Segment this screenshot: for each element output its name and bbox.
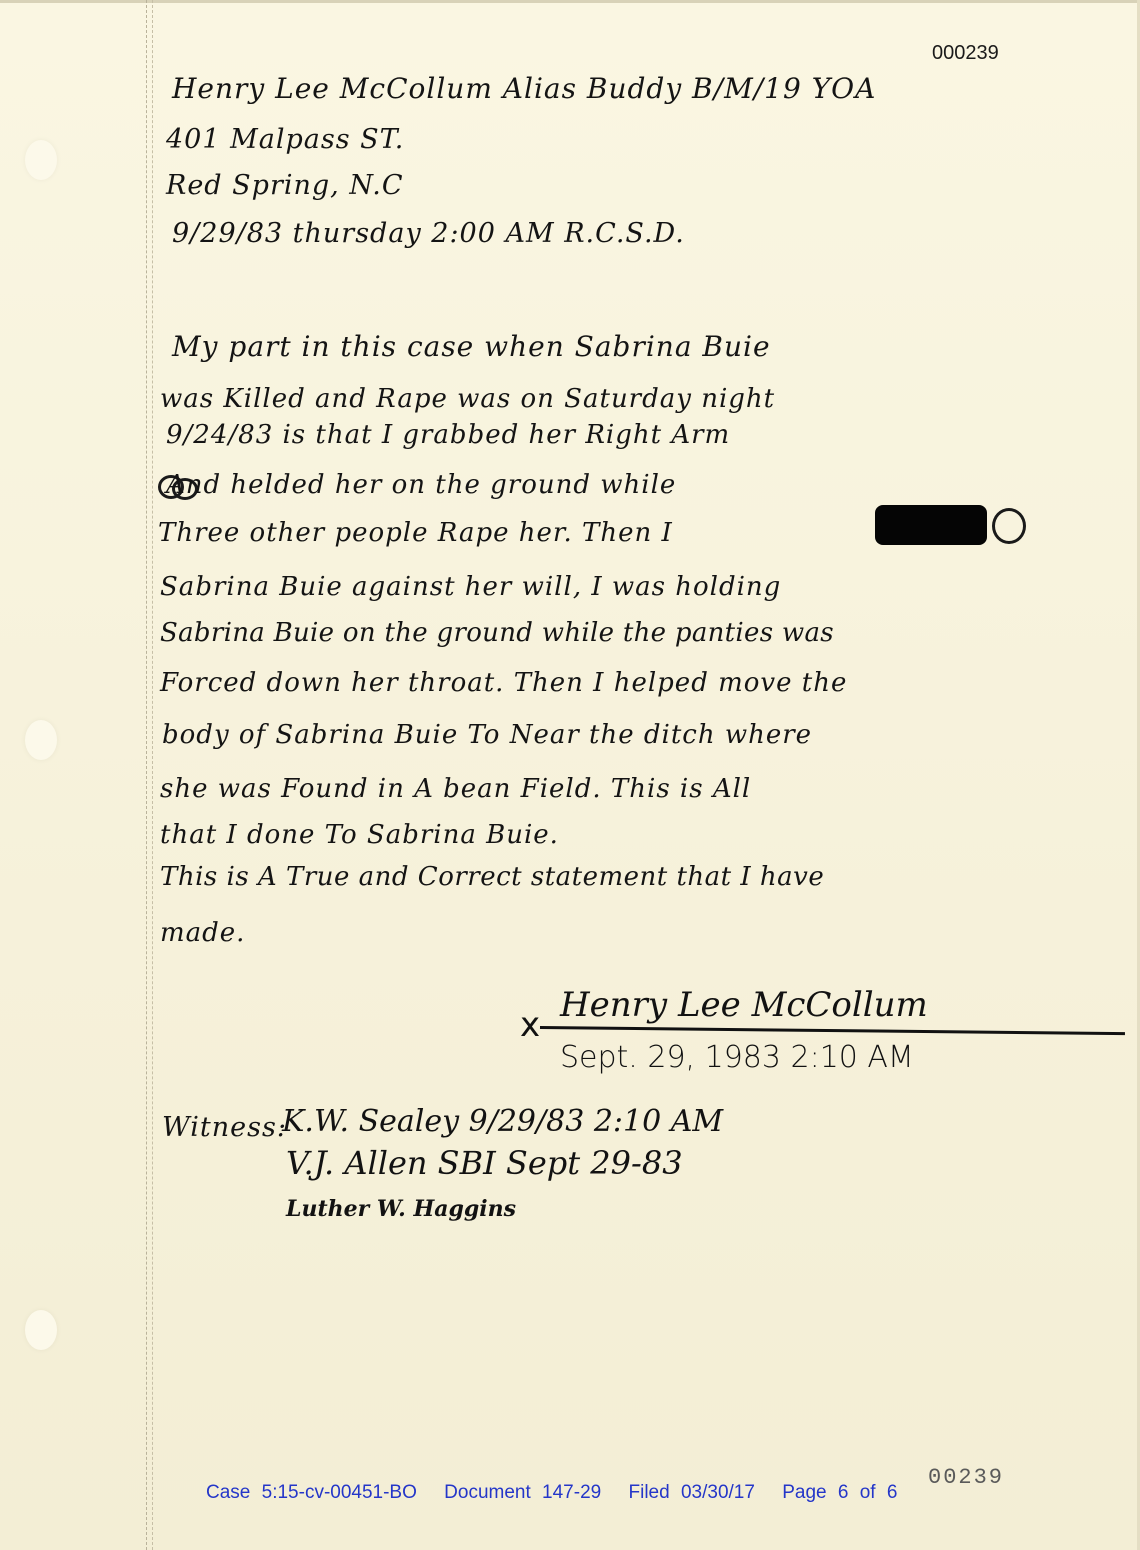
bates-number-top: 000239 (932, 42, 999, 65)
statement-line-13: made. (160, 918, 245, 948)
margin-rule-inner (152, 0, 153, 1550)
signature-datetime: Sept. 29, 1983 2:10 AM (560, 1040, 914, 1075)
document-page: 000239 Henry Lee McCollum Alias Buddy B/… (0, 0, 1140, 1550)
redaction-block (875, 505, 987, 545)
header-address-line: 401 Malpass ST. (166, 124, 404, 155)
header-city-line: Red Spring, N.C (166, 170, 403, 201)
statement-line-6: Sabrina Buie against her will, I was hol… (160, 572, 781, 602)
statement-line-4: And helded her on the ground while (166, 470, 676, 500)
signature-mark-icon: x (520, 1005, 540, 1045)
statement-line-12: This is A True and Correct statement tha… (160, 862, 824, 892)
witness-3: Luther W. Haggins (286, 1196, 516, 1222)
footer-filed-date: Filed 03/30/17 (629, 1482, 755, 1503)
statement-line-9: body of Sabrina Buie To Near the ditch w… (162, 720, 812, 750)
punch-hole-middle (25, 720, 57, 760)
statement-line-1: My part in this case when Sabrina Buie (172, 330, 771, 363)
witness-1: K.W. Sealey 9/29/83 2:10 AM (282, 1104, 723, 1139)
bates-number-bottom: 00239 (928, 1465, 1004, 1490)
margin-rule (146, 0, 147, 1550)
punch-hole-bottom (25, 1310, 57, 1350)
statement-line-11: that I done To Sabrina Buie. (160, 820, 559, 850)
statement-line-2: was Killed and Rape was on Saturday nigh… (160, 384, 775, 414)
signature-name: Henry Lee McCollum (560, 985, 928, 1025)
court-filing-footer: Case 5:15-cv-00451-BO Document 147-29 Fi… (206, 1482, 913, 1504)
scribble-strikeout-icon (992, 508, 1026, 544)
statement-line-3: 9/24/83 is that I grabbed her Right Arm (166, 420, 730, 450)
page-top-edge (0, 0, 1140, 3)
witness-label: Witness: (162, 1112, 287, 1143)
signature-line (540, 1026, 1125, 1035)
punch-hole-top (25, 140, 57, 180)
footer-page-number: Page 6 of 6 (782, 1482, 897, 1503)
statement-line-10: she was Found in A bean Field. This is A… (160, 774, 751, 804)
statement-line-8: Forced down her throat. Then I helped mo… (160, 668, 847, 698)
statement-line-7: Sabrina Buie on the ground while the pan… (160, 618, 834, 648)
header-name-line: Henry Lee McCollum Alias Buddy B/M/19 YO… (172, 72, 876, 105)
witness-2: V.J. Allen SBI Sept 29-83 (286, 1144, 683, 1182)
footer-case-number: Case 5:15-cv-00451-BO (206, 1482, 417, 1503)
footer-document-number: Document 147-29 (444, 1482, 601, 1503)
statement-line-5: Three other people Rape her. Then I (158, 518, 673, 548)
header-date-line: 9/29/83 thursday 2:00 AM R.C.S.D. (172, 218, 685, 249)
